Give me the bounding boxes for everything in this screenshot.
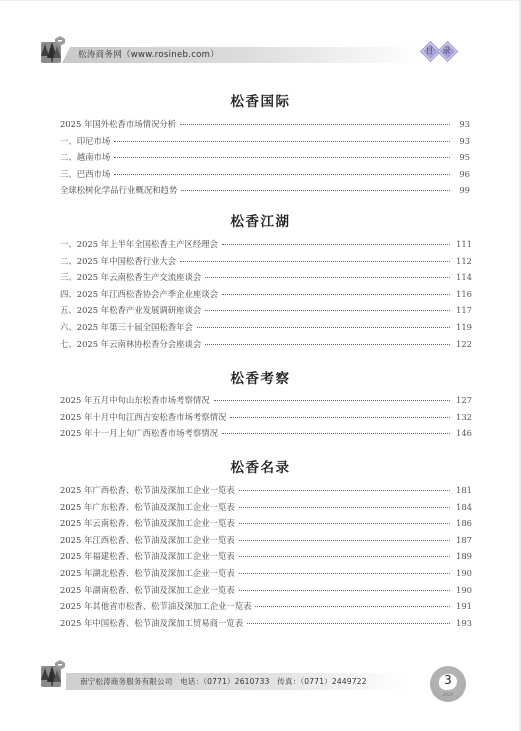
toc-entry-page: 116 xyxy=(450,289,470,299)
toc-entry-page: 99 xyxy=(450,185,470,195)
section-title: 松香国际 xyxy=(0,90,521,110)
toc-entry[interactable]: 七、2025 年云南林协松香分会座谈会122 xyxy=(60,338,470,355)
toc-entry-label: 全球松树化学品行业概况和趋势 xyxy=(60,184,181,196)
toc-entry-page: 96 xyxy=(450,169,470,179)
toc-entry-page: 95 xyxy=(450,152,470,162)
toc-entry-page: 190 xyxy=(450,585,470,595)
toc-entry[interactable]: 2025 年十月中旬江西吉安松香市场考察情况132 xyxy=(60,411,470,428)
site-name: 松涛商务网（www.rosineb.com） xyxy=(78,48,219,60)
toc-entry-page: 189 xyxy=(450,551,470,561)
toc-entry[interactable]: 2025 年广西松香、松节油及深加工企业一览表181 xyxy=(60,484,470,501)
page-top-edge xyxy=(0,0,521,1)
toc-entry-label: 五、2025 年松香产业发展调研座谈会 xyxy=(60,304,205,316)
toc-entry[interactable]: 全球松树化学品行业概况和趋势99 xyxy=(60,184,470,201)
toc-entry-page: 111 xyxy=(450,239,470,249)
dot-leader xyxy=(205,344,450,345)
toc-entry-label: 2025 年湖南松香、松节油及深加工企业一览表 xyxy=(60,584,239,596)
toc-entry-label: 2025 年福建松香、松节油及深加工企业一览表 xyxy=(60,550,239,562)
dot-leader xyxy=(222,244,450,245)
dot-leader xyxy=(114,141,450,142)
toc-entry-label: 2025 年国外松香市场情况分析 xyxy=(60,118,180,130)
toc-entry-page: 112 xyxy=(450,256,470,266)
toc-entry-label: 2025 年十一月上旬广西松香市场考察情况 xyxy=(60,427,222,439)
page-footer: 南宁松涛商务服务有限公司 电话：（0771）2610733 传真：（0771）2… xyxy=(40,660,480,705)
toc-entry-label: 三、2025 年云南松香生产交流座谈会 xyxy=(60,271,205,283)
toc-entry[interactable]: 六、2025 年第三十届全国松香年会119 xyxy=(60,321,470,338)
dot-leader xyxy=(205,277,450,278)
toc-entry-page: 132 xyxy=(450,412,470,422)
toc-entry[interactable]: 2025 年云南松香、松节油及深加工企业一览表186 xyxy=(60,517,470,534)
toc-entry-page: 127 xyxy=(450,395,470,405)
toc-entry-label: 一、印尼市场 xyxy=(60,135,114,147)
toc-entry-page: 186 xyxy=(450,518,470,528)
toc-entry-label: 一、2025 年上半年全国松香主产区经理会 xyxy=(60,238,222,250)
pine-trees-logo-icon xyxy=(40,36,66,64)
toc-entry-label: 2025 年十月中旬江西吉安松香市场考察情况 xyxy=(60,411,230,423)
pine-trees-logo-icon xyxy=(40,660,66,688)
toc-entry-label: 2025 年广西松香、松节油及深加工企业一览表 xyxy=(60,484,239,496)
toc-entry-label: 2025 年江西松香、松节油及深加工企业一览表 xyxy=(60,534,239,546)
section-title: 松香名录 xyxy=(0,456,521,476)
dot-leader xyxy=(181,190,450,191)
toc-entry-label: 2025 年中国松香、松节油及深加工贸易商一览表 xyxy=(60,617,247,629)
toc-entry-label: 2025 年湖北松香、松节油及深加工企业一览表 xyxy=(60,567,239,579)
dot-leader xyxy=(205,310,450,311)
toc-entry-page: 187 xyxy=(450,535,470,545)
dot-leader xyxy=(114,157,450,158)
dot-leader xyxy=(239,490,450,491)
toc-list: 2025 年五月中旬山东松香市场考察情况127 2025 年十月中旬江西吉安松香… xyxy=(60,394,470,444)
toc-entry-page: 122 xyxy=(450,339,470,349)
toc-entry-label: 四、2025 年江西松香协会产季企业座谈会 xyxy=(60,288,222,300)
page-header: 松涛商务网（www.rosineb.com） 目 录 xyxy=(40,36,480,66)
dot-leader xyxy=(222,433,450,434)
toc-entry[interactable]: 三、2025 年云南松香生产交流座谈会114 xyxy=(60,271,470,288)
toc-entry[interactable]: 2025 年江西松香、松节油及深加工企业一览表187 xyxy=(60,534,470,551)
dot-leader xyxy=(180,124,450,125)
dot-leader xyxy=(239,590,450,591)
toc-entry[interactable]: 2025 年福建松香、松节油及深加工企业一览表189 xyxy=(60,550,470,567)
section-title: 松香考察 xyxy=(0,367,521,387)
toc-entry[interactable]: 2025 年广东松香、松节油及深加工企业一览表184 xyxy=(60,501,470,518)
dot-leader xyxy=(239,507,450,508)
toc-entry-page: 191 xyxy=(450,601,470,611)
toc-entry-label: 2025 年云南松香、松节油及深加工企业一览表 xyxy=(60,517,239,529)
dot-leader xyxy=(114,174,450,175)
toc-entry-page: 184 xyxy=(450,502,470,512)
dot-leader xyxy=(222,294,450,295)
toc-entry-label: 2025 年广东松香、松节油及深加工企业一览表 xyxy=(60,501,239,513)
toc-list: 一、2025 年上半年全国松香主产区经理会111 二、2025 年中国松香行业大… xyxy=(60,238,470,354)
toc-entry[interactable]: 2025 年湖北松香、松节油及深加工企业一览表190 xyxy=(60,567,470,584)
toc-entry-page: 181 xyxy=(450,485,470,495)
toc-entry[interactable]: 三、巴西市场96 xyxy=(60,168,470,185)
toc-list: 2025 年国外松香市场情况分析93 一、印尼市场93 二、越南市场95 三、巴… xyxy=(60,118,470,201)
toc-diamond-icon: 目 xyxy=(422,43,437,58)
page-number: 3 xyxy=(430,673,466,687)
toc-entry[interactable]: 五、2025 年松香产业发展调研座谈会117 xyxy=(60,304,470,321)
toc-entry-label: 六、2025 年第三十届全国松香年会 xyxy=(60,321,197,333)
toc-entry-page: 190 xyxy=(450,568,470,578)
toc-entry-label: 三、巴西市场 xyxy=(60,168,114,180)
toc-entry[interactable]: 一、印尼市场93 xyxy=(60,135,470,152)
toc-entry-page: 119 xyxy=(450,322,470,332)
toc-entry-label: 2025 年五月中旬山东松香市场考察情况 xyxy=(60,394,214,406)
toc-entry[interactable]: 2025 年国外松香市场情况分析93 xyxy=(60,118,470,135)
dot-leader xyxy=(239,556,450,557)
toc-badge: 目 录 xyxy=(422,43,454,58)
dot-leader xyxy=(255,606,450,607)
toc-list: 2025 年广西松香、松节油及深加工企业一览表181 2025 年广东松香、松节… xyxy=(60,484,470,633)
dot-leader xyxy=(180,261,450,262)
toc-diamond-icon: 录 xyxy=(439,43,454,58)
dot-leader xyxy=(230,417,450,418)
toc-entry-label: 2025 年其他省市松香、松节油及深加工企业一览表 xyxy=(60,600,255,612)
toc-entry-page: 93 xyxy=(450,136,470,146)
toc-entry-page: 93 xyxy=(450,119,470,129)
toc-entry-page: 117 xyxy=(450,305,470,315)
dot-leader xyxy=(239,523,450,524)
dot-leader xyxy=(247,623,450,624)
toc-entry[interactable]: 二、越南市场95 xyxy=(60,151,470,168)
dot-leader xyxy=(239,540,450,541)
toc-entry[interactable]: 2025 年十一月上旬广西松香市场考察情况146 xyxy=(60,427,470,444)
toc-entry-page: 193 xyxy=(450,618,470,628)
toc-entry-label: 七、2025 年云南林协松香分会座谈会 xyxy=(60,338,205,350)
section-title: 松香江湖 xyxy=(0,210,521,230)
toc-entry-page: 114 xyxy=(450,272,470,282)
toc-entry[interactable]: 2025 年其他省市松香、松节油及深加工企业一览表191 xyxy=(60,600,470,617)
toc-entry[interactable]: 二、2025 年中国松香行业大会112 xyxy=(60,255,470,272)
dot-leader xyxy=(197,327,450,328)
dot-leader xyxy=(214,400,450,401)
toc-entry[interactable]: 2025 年湖南松香、松节油及深加工企业一览表190 xyxy=(60,584,470,601)
page-badge-sub: 2025 xyxy=(430,692,466,697)
page-number-badge: 3 2025 xyxy=(430,666,466,702)
toc-entry[interactable]: 2025 年中国松香、松节油及深加工贸易商一览表193 xyxy=(60,617,470,634)
company-contact: 南宁松涛商务服务有限公司 电话：（0771）2610733 传真：（0771）2… xyxy=(80,676,367,687)
toc-entry[interactable]: 四、2025 年江西松香协会产季企业座谈会116 xyxy=(60,288,470,305)
toc-entry-label: 二、2025 年中国松香行业大会 xyxy=(60,255,180,267)
toc-entry-label: 二、越南市场 xyxy=(60,151,114,163)
dot-leader xyxy=(239,573,450,574)
toc-entry-page: 146 xyxy=(450,428,470,438)
toc-entry[interactable]: 2025 年五月中旬山东松香市场考察情况127 xyxy=(60,394,470,411)
toc-entry[interactable]: 一、2025 年上半年全国松香主产区经理会111 xyxy=(60,238,470,255)
